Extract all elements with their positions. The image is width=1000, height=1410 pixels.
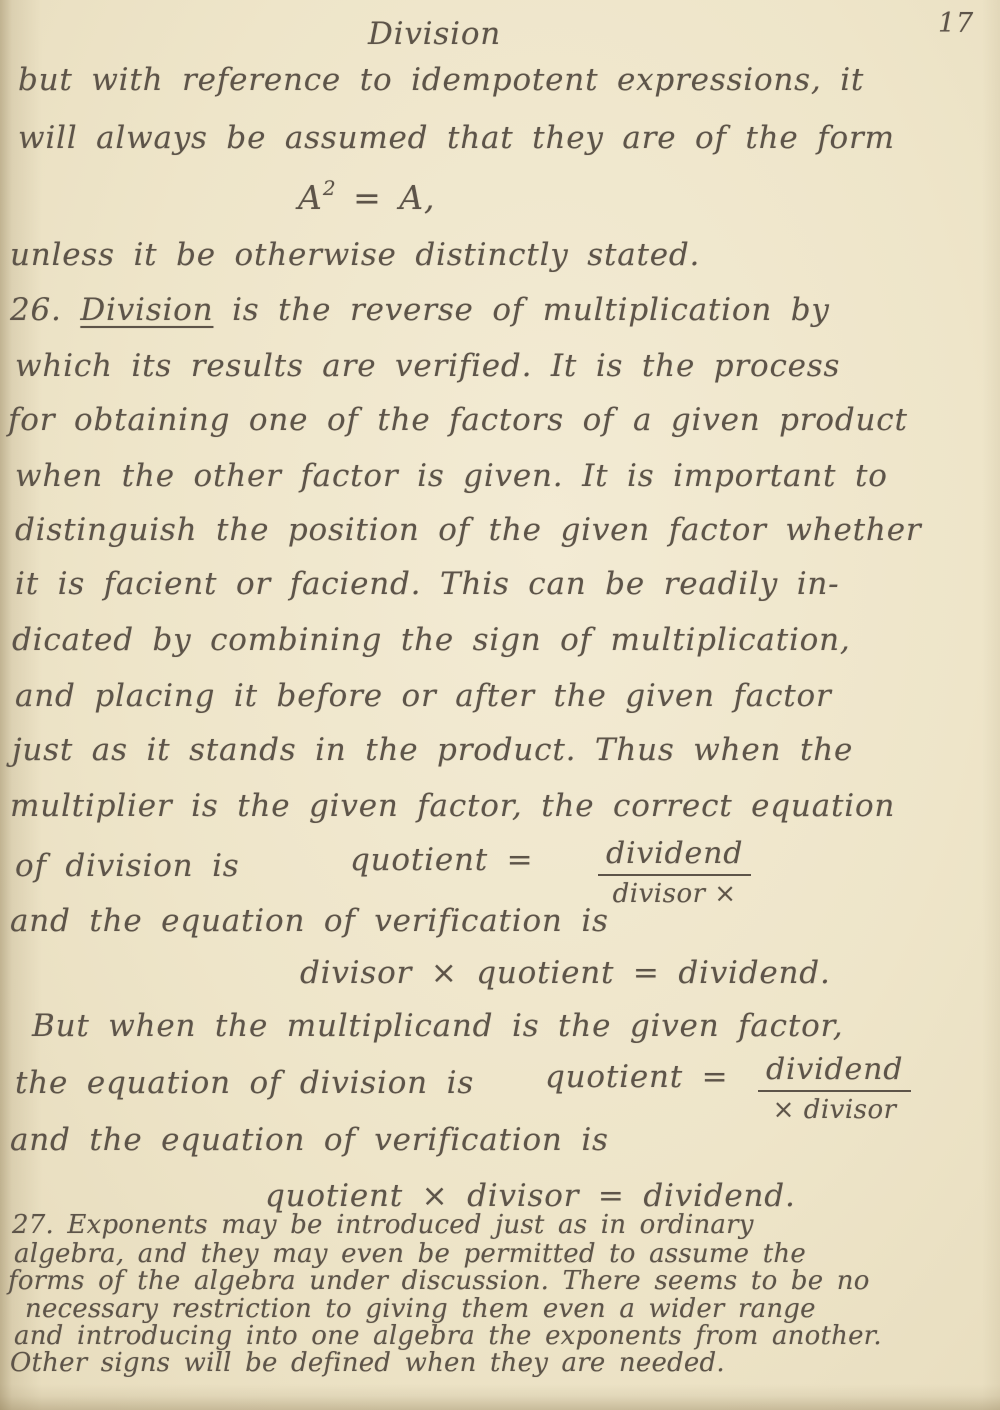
handwritten-line: when the other factor is given. It is im… (15, 458, 888, 494)
fraction-numerator: dividend (598, 836, 751, 876)
handwritten-line: Other signs will be defined when they ar… (10, 1348, 725, 1378)
handwritten-line: but with reference to idempotent express… (18, 62, 864, 98)
handwritten-line: and the equation of verification is (10, 1122, 609, 1158)
handwritten-line: and introducing into one algebra the exp… (14, 1321, 882, 1351)
division-eq2-label: the equation of division is (15, 1065, 474, 1101)
division-eq1-label: of division is (15, 848, 240, 884)
section-26-heading-line: 26. Division is the reverse of multiplic… (10, 292, 830, 328)
section-27-heading-line: 27. Exponents may be introduced just as … (12, 1210, 754, 1240)
section-number: 27. (12, 1210, 54, 1240)
division-eq2-lhs: quotient = (545, 1059, 728, 1095)
formula-rhs: = A, (353, 178, 435, 217)
page-number: 17 (938, 8, 974, 39)
handwritten-line: But when the multiplicand is the given f… (32, 1008, 843, 1044)
fraction-denominator: × divisor (758, 1092, 911, 1125)
handwritten-line: and the equation of verification is (10, 903, 609, 939)
division-eq1-lhs: quotient = (350, 842, 533, 878)
handwritten-line: unless it be otherwise distinctly stated… (10, 237, 700, 273)
formula-exponent: 2 (323, 176, 336, 200)
section-keyword: Division (80, 292, 213, 328)
handwritten-line: it is facient or faciend. This can be re… (15, 566, 839, 602)
handwritten-line: and placing it before or after the given… (15, 678, 832, 714)
handwritten-line: just as it stands in the product. Thus w… (12, 732, 853, 768)
handwritten-line: will always be assumed that they are of … (18, 120, 895, 156)
verification-eq2: quotient × divisor = dividend. (265, 1178, 796, 1214)
division-eq2-fraction: dividend × divisor (758, 1052, 911, 1125)
division-eq1-fraction: dividend divisor × (598, 836, 751, 909)
verification-eq1: divisor × quotient = dividend. (300, 955, 831, 991)
handwritten-line: for obtaining one of the factors of a gi… (8, 402, 908, 438)
handwritten-line: necessary restriction to giving them eve… (25, 1294, 816, 1324)
manuscript-page: Division 17 but with reference to idempo… (0, 0, 1000, 1410)
fraction-numerator: dividend (758, 1052, 911, 1092)
idempotent-formula: A2 = A, (298, 176, 436, 217)
handwritten-line: which its results are verified. It is th… (15, 348, 840, 384)
section-number: 26. (10, 292, 62, 328)
handwritten-line: multiplier is the given factor, the corr… (10, 788, 895, 824)
page-title: Division (368, 16, 501, 52)
fraction-denominator: divisor × (598, 876, 751, 909)
handwritten-line: distinguish the position of the given fa… (15, 512, 921, 548)
section-first-line-rest: is the reverse of multiplication by (232, 292, 830, 328)
section-first-line-rest: Exponents may be introduced just as in o… (67, 1210, 753, 1240)
formula-base: A (298, 178, 323, 217)
handwritten-line: forms of the algebra under discussion. T… (8, 1266, 870, 1296)
handwritten-line: algebra, and they may even be permitted … (14, 1239, 806, 1269)
handwritten-line: dicated by combining the sign of multipl… (12, 622, 851, 658)
